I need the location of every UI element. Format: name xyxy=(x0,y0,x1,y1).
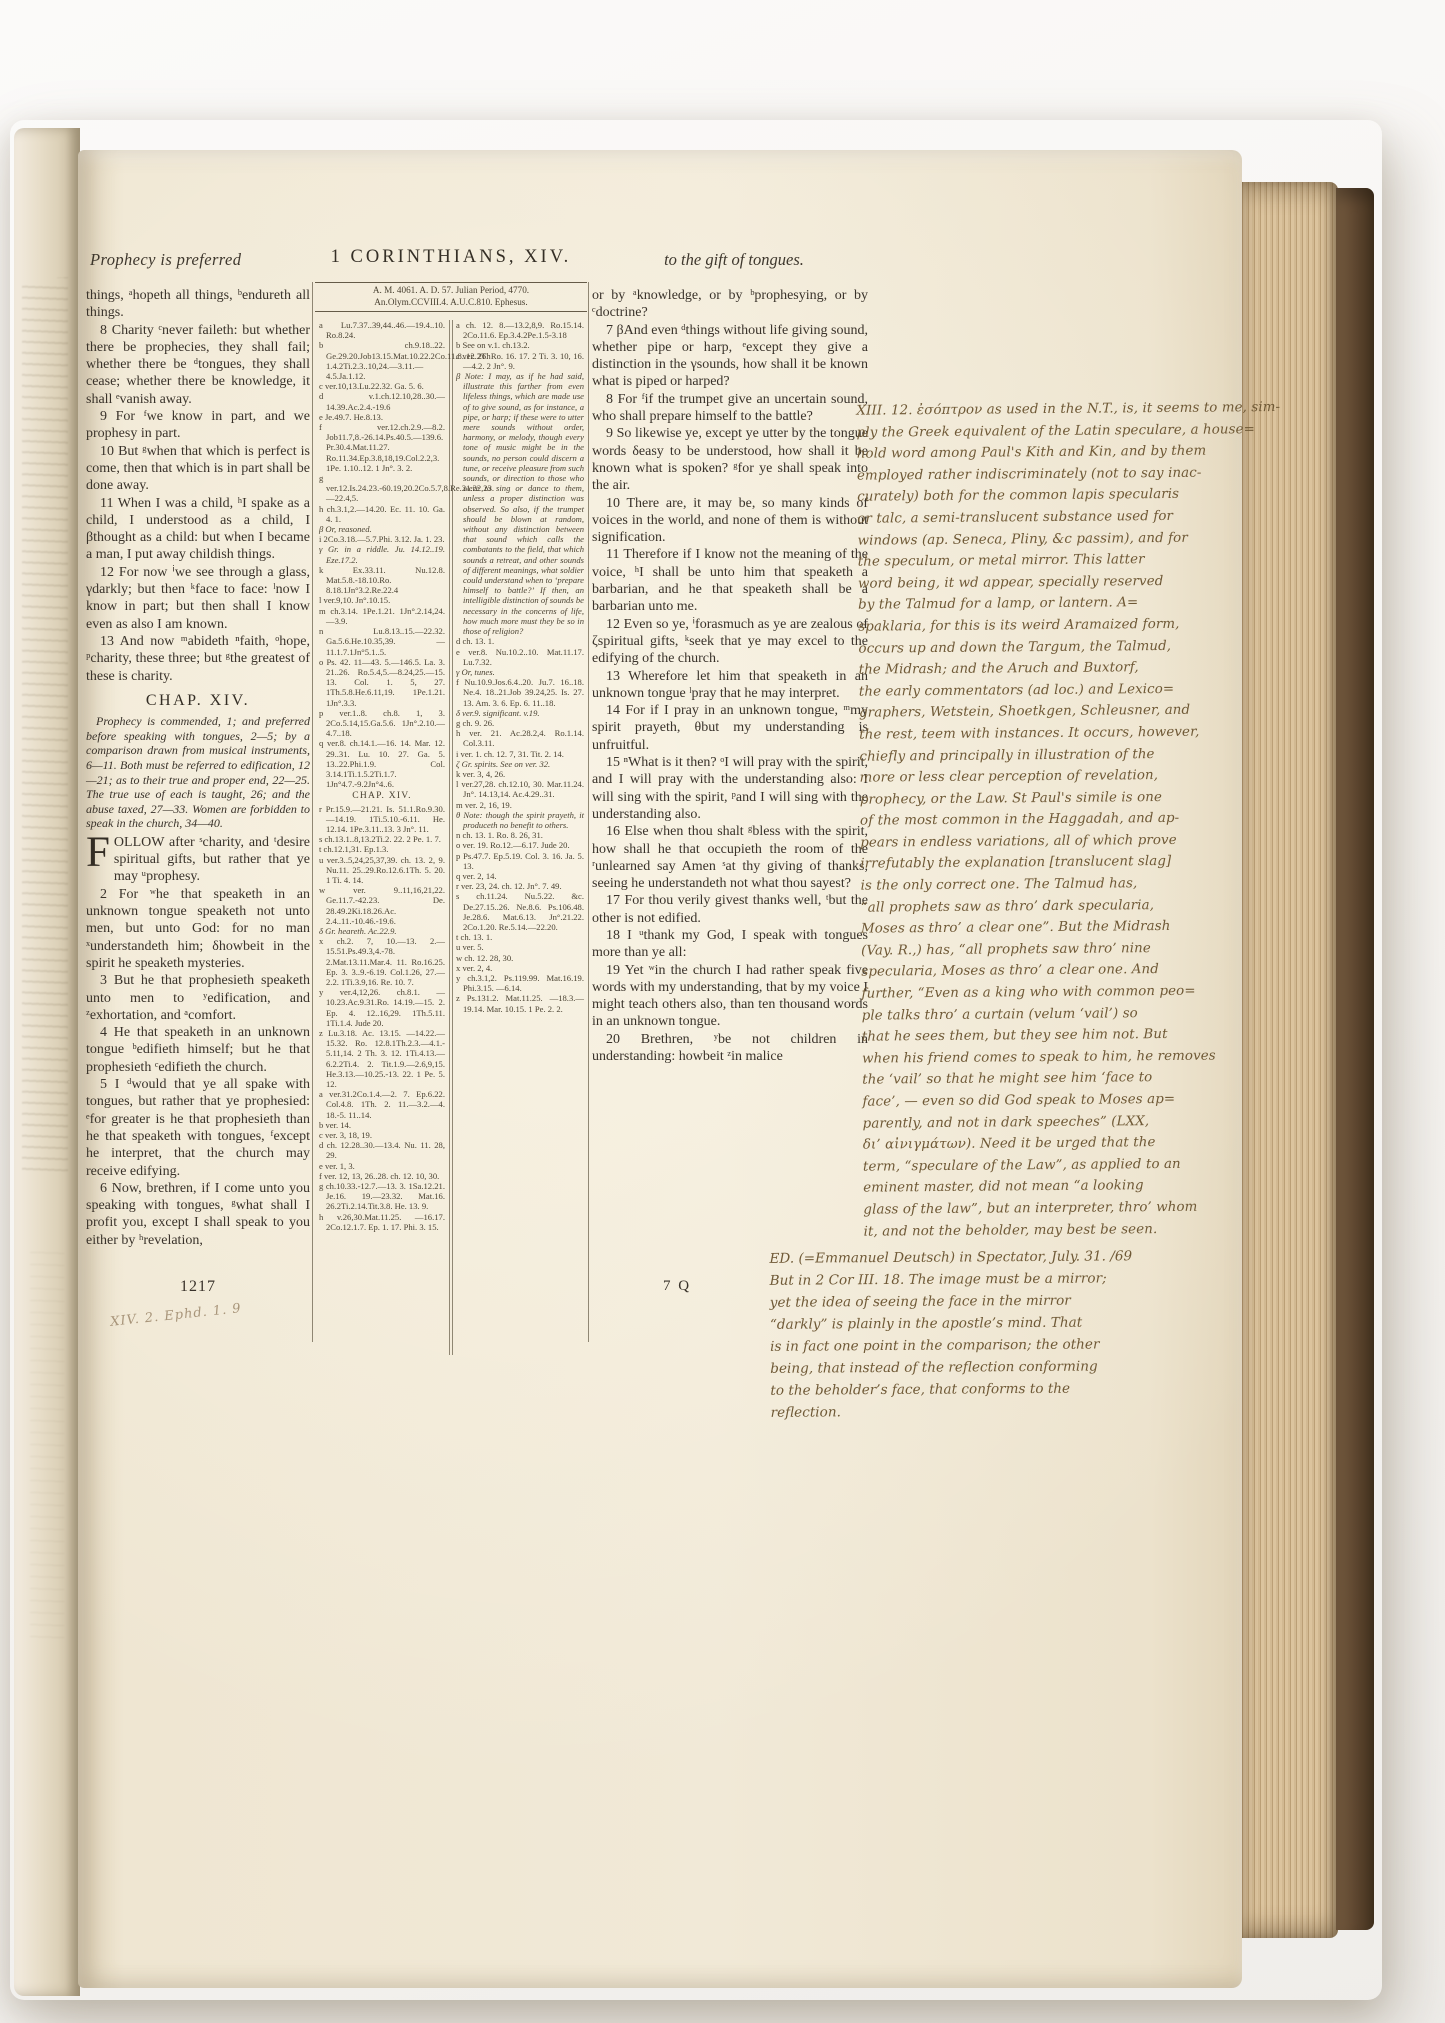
bible-page: Prophecy is preferred 1 CORINTHIANS, XIV… xyxy=(78,150,1242,1988)
reference-entry: w ch. 12. 28, 30. xyxy=(456,953,584,963)
facing-page-edge xyxy=(14,128,80,1996)
reference-entry: o ver. 19. Ro.12.—6.17. Jude 20. xyxy=(456,840,584,850)
reference-entry: s ch.11.24. Nu.5.22. &c. De.27.15..26. N… xyxy=(456,891,584,932)
manuscript-line: the rest, teem with instances. It occurs… xyxy=(859,721,1239,746)
reference-entry: i 2Co.3.18.—5.7.Phi. 3.12. Ja. 1. 23. xyxy=(319,534,445,544)
reference-entry: l ver.9,10. Jn°.10.15. xyxy=(319,595,445,605)
manuscript-line: reflection. xyxy=(770,1398,1290,1424)
manuscript-line: glass of the law”, but an interpreter, t… xyxy=(863,1196,1243,1221)
scripture-column-left: things, ᵃhopeth all things, ᵇendureth al… xyxy=(86,287,310,1249)
reference-entry: δ Gr. heareth. Ac.22.9. xyxy=(319,926,445,936)
manuscript-line: further, “Even as a king who with common… xyxy=(861,980,1241,1005)
reference-entry: h ver. 21. Ac.28.2,4. Ro.1.14. Col.3.11. xyxy=(456,728,584,748)
reference-entry: δ ver.9. significant. v.19. xyxy=(456,708,584,718)
reference-entry: p Ps.47.7. Ep.5.19. Col. 3. 16. Ja. 5. 1… xyxy=(456,851,584,871)
verse-paragraph: 7 βAnd even ᵈthings without life giving … xyxy=(592,322,868,391)
verse-paragraph: CHAP. XIV. xyxy=(86,692,310,709)
page-edges xyxy=(1240,182,1338,1938)
handwritten-margin-note-upper: XIII. 12. ἐσόπτρον as used in the N.T., … xyxy=(856,397,1243,1242)
running-head-right: to the gift of tongues. xyxy=(594,250,874,270)
manuscript-line: employed rather indiscriminately (not to… xyxy=(857,462,1237,487)
chronology-box: A. M. 4061. A. D. 57. Julian Period, 477… xyxy=(315,282,587,312)
verse-paragraph: or by ᵃknowledge, or by ᵇprophesying, or… xyxy=(592,287,868,322)
reference-entry: b ver. 14. xyxy=(319,1120,445,1130)
reference-entry: t ch.12.1,31. Ep.1.3. xyxy=(319,844,445,854)
reference-entry: e ver. 1, 3. xyxy=(319,1161,445,1171)
handwritten-margin-note-lower: ED. (=Emmanuel Deutsch) in Spectator, Ju… xyxy=(769,1244,1290,1424)
reference-entry: a ver.31.2Co.1.4.—2. 7. Ep.6.22. Col.4.8… xyxy=(319,1089,445,1120)
reference-entry: f Nu.10.9.Jos.6.4..20. Ju.7. 16..18. Ne.… xyxy=(456,677,584,708)
facing-page-text-blur xyxy=(22,277,68,1179)
reference-entry: n ch. 13. 1. Ro. 8. 26, 31. xyxy=(456,830,584,840)
manuscript-line: windows (ap. Seneca, Pliny, &c passim), … xyxy=(857,527,1237,552)
reference-entry: c ver. 26. Ro. 16. 17. 2 Ti. 3. 10, 16.—… xyxy=(456,351,584,371)
reference-entry: x ch.2. 7, 10.—13. 2.—15.51.Ps.49.3,4.-7… xyxy=(319,936,445,987)
verse-paragraph: FOLLOW after ˢcharity, and ᵗdesire spiri… xyxy=(86,834,310,886)
reference-entry: i ver. 1. ch. 12. 7, 31. Tit. 2. 14. xyxy=(456,749,584,759)
photo-of-open-annotated-bible: Prophecy is preferred 1 CORINTHIANS, XIV… xyxy=(0,0,1445,2023)
reference-entry: a ch. 12. 8.—13.2,8,9. Ro.15.14. 2Co.11.… xyxy=(456,320,584,340)
chronology-line: An.Olym.CCVIII.4. A.U.C.810. Ephesus. xyxy=(315,297,587,309)
verse-paragraph: 4 He that speaketh in an unknown tongue … xyxy=(86,1024,310,1076)
running-head-title: 1 CORINTHIANS, XIV. xyxy=(308,247,594,268)
reference-entry: k ver. 3, 4, 26. xyxy=(456,769,584,779)
reference-entry: β Or, reasoned. xyxy=(319,524,445,534)
reference-entry: g ver.12.Is.24.23.-60.19,20.2Co.5.7,8.Re… xyxy=(319,473,445,504)
signature-mark: 7 Q xyxy=(592,1278,762,1295)
reference-entry: γ Gr. in a riddle. Ju. 14.12..19. Eze.17… xyxy=(319,544,445,564)
verse-paragraph: 11 Therefore if I know not the meaning o… xyxy=(592,546,868,615)
reference-entry: m ch.3.14. 1Pe.1.21. 1Jn°.2.14,24.—3.9. xyxy=(319,606,445,626)
reference-entry: d ch. 12.28..30.—13.4. Nu. 11. 28, 29. xyxy=(319,1140,445,1160)
reference-entry: d ch. 13. 1. xyxy=(456,636,584,646)
verse-paragraph: 16 Else when thou shalt ᵍbless with the … xyxy=(592,823,868,892)
column-rule xyxy=(452,320,453,1355)
reference-entry: β Note: I may, as if he had said, illust… xyxy=(456,371,584,636)
verse-paragraph: 10 There are, it may be, so many kinds o… xyxy=(592,495,868,547)
reference-entry: z Ps.131.2. Mat.11.25. —18.3.—19.14. Mar… xyxy=(456,993,584,1013)
reference-entry: a Lu.7.37..39,44..46.—19.4..10. Ro.8.24. xyxy=(319,320,445,340)
reference-entry: d v.1.ch.12.10,28..30.—14.39.Ac.2.4.-19.… xyxy=(319,391,445,411)
verse-paragraph: 3 But he that prophesieth speaketh unto … xyxy=(86,972,310,1024)
reference-entry: w ver. 9..11,16,21,22. Ge.11.7.-42.23. D… xyxy=(319,885,445,926)
manuscript-line: when his friend comes to speak to him, h… xyxy=(862,1045,1242,1070)
reference-entry: u ver.3..5,24,25,37,39. ch. 13. 2, 9. Nu… xyxy=(319,855,445,886)
chronology-line: A. M. 4061. A. D. 57. Julian Period, 477… xyxy=(315,285,587,297)
verse-paragraph: 17 For thou verily givest thanks well, ᵗ… xyxy=(592,892,868,927)
reference-entry: t ch. 13. 1. xyxy=(456,932,584,942)
reference-entry: l ver.27,28. ch.12.10, 30. Mar.11.24. Jn… xyxy=(456,779,584,799)
reference-entry: q ver. 2, 14. xyxy=(456,871,584,881)
reference-entry: s ch.13.1..8,13.2Ti.2. 22. 2 Pe. 1. 7. xyxy=(319,834,445,844)
verse-paragraph: 8 Charity ᶜnever faileth: but whether th… xyxy=(86,322,310,408)
reference-entry: b ch.9.18..22. Ge.29.20.Job13.15.Mat.10.… xyxy=(319,340,445,381)
verse-paragraph: 9 So likewise ye, except ye utter by the… xyxy=(592,425,868,494)
verse-paragraph: 13 Wherefore let him that speaketh in an… xyxy=(592,668,868,703)
reference-entry: n Lu.8.13..15.—22.32. Ga.5.6.He.10.35,39… xyxy=(319,626,445,657)
reference-entry: e ver.8. Nu.10.2..10. Mat.11.17. Lu.7.32… xyxy=(456,647,584,667)
reference-entry: u ver. 5. xyxy=(456,942,584,952)
verse-paragraph: 15 ⁿWhat is it then? ᵒI will pray with t… xyxy=(592,754,868,823)
reference-entry: r Pr.15.9.—21.21. Is. 51.1.Ro.9.30.—14.1… xyxy=(319,804,445,835)
reference-entry: k Ex.33.11. Nu.12.8. Mat.5.8.-18.10.Ro. … xyxy=(319,565,445,596)
reference-entry: x ver. 2, 4. xyxy=(456,963,584,973)
reference-column-1: a Lu.7.37..39,44..46.—19.4..10. Ro.8.24.… xyxy=(319,320,445,1232)
reference-entry: ζ Gr. spirits. See on ver. 32. xyxy=(456,759,584,769)
manuscript-line: it, and not the beholder, may best be se… xyxy=(863,1218,1243,1243)
reference-entry: h v.26,30.Mat.11.25. —16.17. 2Co.12.1.7.… xyxy=(319,1212,445,1232)
reference-entry: h ch.3.1,2.—14.20. Ec. 11. 10. Ga. 4. 1. xyxy=(319,504,445,524)
book-cover-board xyxy=(1336,188,1374,1930)
reference-entry: y ver.4,12,26. ch.8.1. —10.23.Ac.9.31.Ro… xyxy=(319,987,445,1028)
verse-paragraph: 8 For ᶠif the trumpet give an uncertain … xyxy=(592,391,868,426)
manuscript-line: hold word among Paul's Kith and Kin, and… xyxy=(857,441,1237,466)
reference-entry: o Ps. 42. 11—43. 5.—146.5. La. 3. 21..26… xyxy=(319,657,445,708)
reference-entry: c ver. 3, 18, 19. xyxy=(319,1130,445,1140)
reference-entry: p ver.1..8. ch.8. 1, 3. 2Co.5.14,15.Ga.5… xyxy=(319,708,445,739)
verse-paragraph: 14 For if I pray in an unknown tongue, ᵐ… xyxy=(592,702,868,754)
reference-entry: e Je.49.7. He.8.13. xyxy=(319,412,445,422)
verse-paragraph: 6 Now, brethren, if I come unto you spea… xyxy=(86,1180,310,1249)
reference-entry: q ver.8. ch.14.1.—16. 14. Mar. 12. 29..3… xyxy=(319,738,445,789)
verse-paragraph: things, ᵃhopeth all things, ᵇendureth al… xyxy=(86,287,310,322)
reference-entry: γ Or, tunes. xyxy=(456,667,584,677)
reference-entry: r ver. 23, 24. ch. 12. Jn°. 7. 49. xyxy=(456,881,584,891)
handwritten-bottom-note: XIV. 2. Ephd. 1. 9 xyxy=(110,1301,243,1330)
reference-entry: f ver.12.ch.2.9.—8.2. Job11.7,8.-26.14.P… xyxy=(319,422,445,473)
verse-paragraph: Prophecy is commended, 1; and preferred … xyxy=(86,714,310,831)
verse-paragraph: 12 For now ⁱwe see through a glass, γdar… xyxy=(86,564,310,633)
reference-entry: c ver.10,13.Lu.22.32. Ga. 5. 6. xyxy=(319,381,445,391)
verse-paragraph: 13 And now ᵐabideth ⁿfaith, ᵒhope, ᵖchar… xyxy=(86,633,310,685)
verse-paragraph: 18 I ᵘthank my God, I speak with tongues… xyxy=(592,927,868,962)
reference-entry: g ch.10.33.-12.7.—13. 3. 1Sa.12.21. Je.1… xyxy=(319,1181,445,1212)
reference-entry: f ver. 12, 13, 26..28. ch. 12. 10, 30. xyxy=(319,1171,445,1181)
reference-column-2: a ch. 12. 8.—13.2,8,9. Ro.15.14. 2Co.11.… xyxy=(456,320,584,1014)
verse-paragraph: 12 Even so ye, ⁱforasmuch as ye are zeal… xyxy=(592,616,868,668)
column-rule xyxy=(312,282,313,1342)
reference-entry: CHAP. XIV. xyxy=(319,791,445,801)
verse-paragraph: 11 When I was a child, ʰI spake as a chi… xyxy=(86,495,310,564)
page-number: 1217 xyxy=(86,1278,310,1296)
column-rule xyxy=(449,320,450,1355)
reference-entry: z Lu.3.18. Ac. 13.15. —14.22.—15.32. Ro.… xyxy=(319,1028,445,1089)
reference-entry: θ Note: though the spirit prayeth, it pr… xyxy=(456,810,584,830)
reference-entry: b See on v.1. ch.13.2. xyxy=(456,340,584,350)
verse-paragraph: 5 I ᵈwould that ye all spake with tongue… xyxy=(86,1076,310,1180)
verse-paragraph: 2 For ʷhe that speaketh in an unknown to… xyxy=(86,886,310,972)
reference-entry: m ver. 2, 16, 19. xyxy=(456,800,584,810)
verse-paragraph: 10 But ᵍwhen that which is perfect is co… xyxy=(86,443,310,495)
scripture-column-right: or by ᵃknowledge, or by ᵇprophesying, or… xyxy=(592,287,868,1065)
reference-entry: y ch.3.1,2. Ps.119.99. Mat.16.19. Phi.3.… xyxy=(456,973,584,993)
running-head-left: Prophecy is preferred xyxy=(90,250,241,270)
verse-paragraph: 19 Yet ʷin the church I had rather speak… xyxy=(592,962,868,1031)
manuscript-line: XIII. 12. ἐσόπτρον as used in the N.T., … xyxy=(856,397,1236,422)
verse-paragraph: 20 Brethren, ʸbe not children in underst… xyxy=(592,1031,868,1066)
column-rule xyxy=(588,282,589,1342)
verse-paragraph: 9 For ᶠwe know in part, and we prophesy … xyxy=(86,408,310,443)
reference-entry: g ch. 9. 26. xyxy=(456,718,584,728)
facing-page-text-blur xyxy=(30,1248,64,1648)
